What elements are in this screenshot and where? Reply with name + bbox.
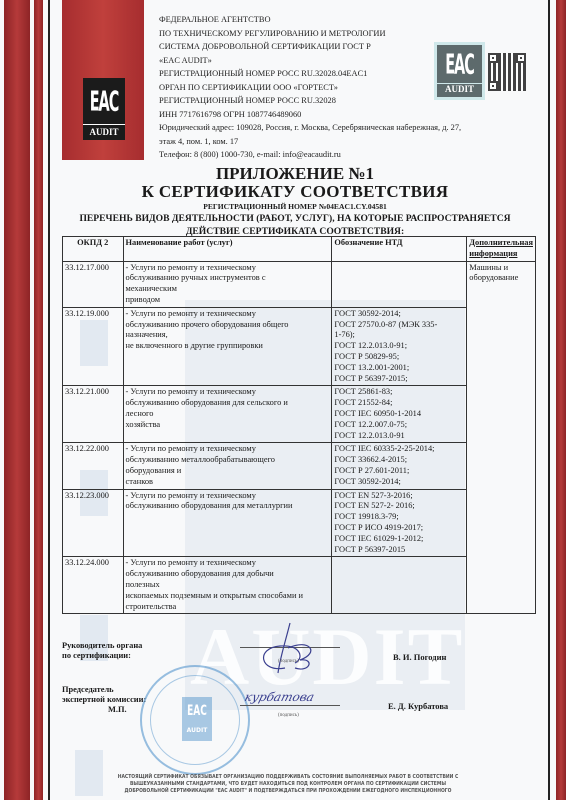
stamp-eac-icon: EAC AUDIT [182,697,212,741]
issuer-line: ПО ТЕХНИЧЕСКОМУ РЕГУЛИРОВАНИЮ И МЕТРОЛОГ… [159,27,461,41]
work-description: - Услуги по ремонту и техническомуобслуж… [123,307,332,386]
ntd-standards: ГОСТ 25861-83;ГОСТ 21552-84;ГОСТ IEC 609… [332,386,467,443]
issuer-line: ОРГАН ПО СЕРТИФИКАЦИИ ООО «ГОРТЕСТ» [159,81,461,95]
certificate-page: AUDIT EAC AUDIT EAC AUDIT ФЕДЕРАЛЬНОЕ АГ… [0,0,566,800]
document-subtitle: К СЕРТИФИКАТУ СООТВЕТСТВИЯ [60,183,530,201]
left-border-stripe [4,0,30,800]
chair-name: Е. Д. Курбатова [388,701,448,711]
head-signature-caption: (подпись) [278,659,299,664]
left-border-line [48,0,50,800]
table-row: 33.12.22.000- Услуги по ремонту и технич… [63,443,536,489]
table-header-row: ОКПД 2 Наименование работ (услуг) Обозна… [63,237,536,262]
okpd-code: 33.12.23.000 [63,489,124,557]
eac-logo-label: AUDIT [83,124,125,137]
document-title: ПРИЛОЖЕНИЕ №1 [60,165,530,183]
chair-signature-handwritten: курбатова [243,690,316,704]
issuer-address: этаж 4, пом. 1, ком. 17 [159,135,461,149]
eac-audit-logo: EAC AUDIT [83,78,125,140]
scope-heading: ПЕРЕЧЕНЬ ВИДОВ ДЕЯТЕЛЬНОСТИ (РАБОТ, УСЛУ… [60,213,530,224]
work-description: - Услуги по ремонту и техническомуобслуж… [123,443,332,489]
work-description: - Услуги по ремонту и техническомуобслуж… [123,261,332,307]
header-work-name: Наименование работ (услуг) [123,237,332,262]
issuer-info: ФЕДЕРАЛЬНОЕ АГЕНТСТВО ПО ТЕХНИЧЕСКОМУ РЕ… [159,13,461,162]
issuer-line: ФЕДЕРАЛЬНОЕ АГЕНТСТВО [159,13,461,27]
ntd-standards [332,261,467,307]
header-ntd: Обозначение НТД [332,237,467,262]
okpd-code: 33.12.19.000 [63,307,124,386]
scope-table: ОКПД 2 Наименование работ (услуг) Обозна… [62,236,536,614]
table-row: 33.12.17.000- Услуги по ремонту и технич… [63,261,536,307]
certification-stamp: EAC AUDIT [140,665,250,775]
ntd-standards [332,557,467,614]
table-row: 33.12.19.000- Услуги по ремонту и технич… [63,307,536,386]
head-name: В. И. Погодин [393,652,446,662]
ntd-standards: ГОСТ EN 527-3-2016;ГОСТ EN 527-2- 2016;Г… [332,489,467,557]
left-border-stripe-thin [34,0,43,800]
issuer-address: Юридический адрес: 109028, Россия, г. Мо… [159,121,461,135]
table-row: 33.12.21.000- Услуги по ремонту и технич… [63,386,536,443]
head-signature-icon [240,618,350,678]
issuer-contacts: Телефон: 8 (800) 1000-730, e-mail: info@… [159,148,461,162]
chair-signature-caption: (подпись) [278,713,299,718]
chair-signature-line [240,705,340,706]
okpd-code: 33.12.21.000 [63,386,124,443]
okpd-code: 33.12.17.000 [63,261,124,307]
okpd-code: 33.12.24.000 [63,557,124,614]
right-border-line [548,0,550,800]
right-border-stripe [556,0,566,800]
head-signature-label: Руководитель органа по сертификации: [62,641,142,661]
table-row: 33.12.24.000- Услуги по ремонту и технич… [63,557,536,614]
work-description: - Услуги по ремонту и техническомуобслуж… [123,489,332,557]
footer-note: НАСТОЯЩИЙ СЕРТИФИКАТ ОБЯЗЫВАЕТ ОРГАНИЗАЦ… [78,774,498,795]
header-okpd: ОКПД 2 [63,237,124,262]
table-row: 33.12.23.000- Услуги по ремонту и технич… [63,489,536,557]
issuer-line: СИСТЕМА ДОБРОВОЛЬНОЙ СЕРТИФИКАЦИИ ГОСТ Р [159,40,461,54]
ntd-standards: ГОСТ 30592-2014;ГОСТ 27570.0-87 (МЭК 335… [332,307,467,386]
document-titles: ПРИЛОЖЕНИЕ №1 К СЕРТИФИКАТУ СООТВЕТСТВИЯ… [60,165,530,237]
qr-code-icon [488,53,526,91]
eac-logo-mark: EAC [90,88,119,115]
okpd-code: 33.12.22.000 [63,443,124,489]
registration-number: РЕГИСТРАЦИОННЫЙ НОМЕР №04EAC1.CY.04581 [60,202,530,211]
ntd-standards: ГОСТ IEC 60335-2-25-2014;ГОСТ 33662.4-20… [332,443,467,489]
header-additional-info: Дополнительная информация [467,237,536,262]
issuer-line: РЕГИСТРАЦИОННЫЙ НОМЕР РОСС RU.32028.04EA… [159,67,461,81]
chair-signature-label: Председатель экспертной комиссии: [62,685,146,705]
work-description: - Услуги по ремонту и техническомуобслуж… [123,557,332,614]
additional-info: Машины иоборудование [467,261,536,614]
issuer-line: «EAC AUDIT» [159,54,461,68]
work-description: - Услуги по ремонту и техническомуобслуж… [123,386,332,443]
issuer-line: ИНН 7717616798 ОГРН 1087746489060 [159,108,461,122]
seal-label: М.П. [108,705,127,715]
issuer-line: РЕГИСТРАЦИОННЫЙ НОМЕР РОСС RU.32028 [159,94,461,108]
